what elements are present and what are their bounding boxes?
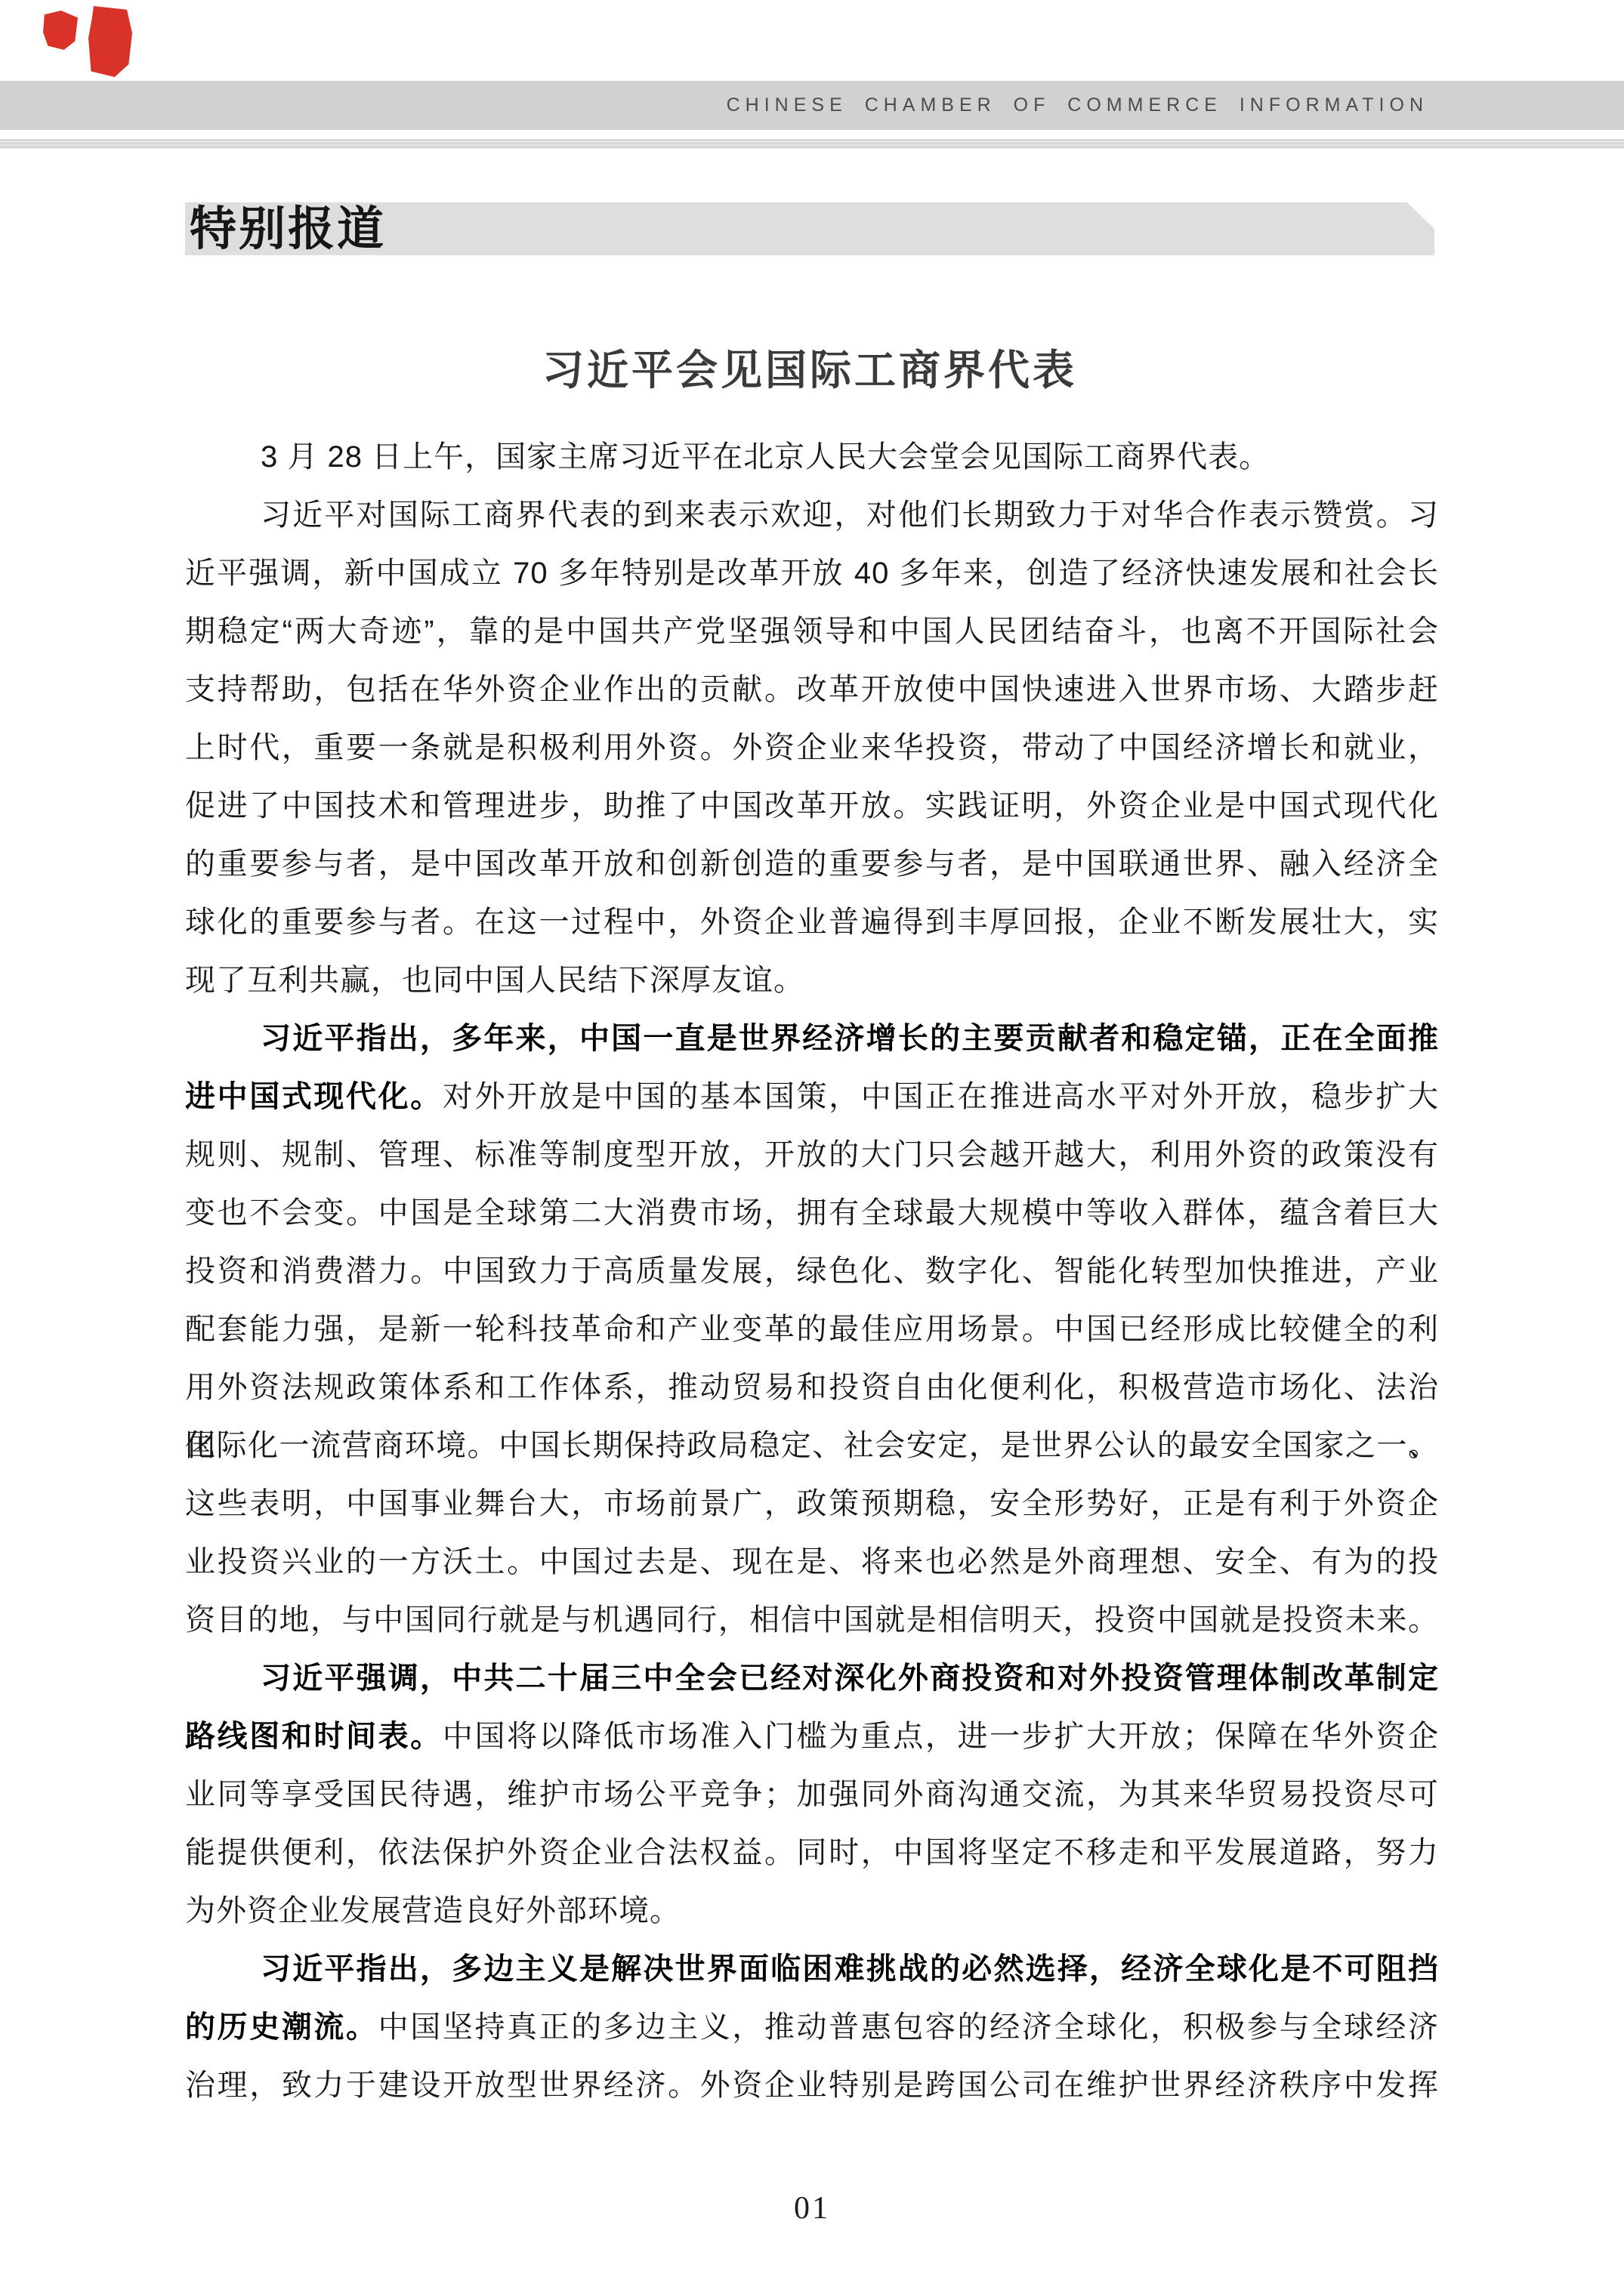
text-line: 球化的重要参与者。在这一过程中，外资企业普遍得到丰厚回报，企业不断发展壮大，实 (185, 893, 1439, 952)
text-segment: 促进了中国技术和管理进步，助推了中国改革开放。实践证明，外资企业是中国式现代化 (185, 789, 1439, 822)
header-band: CHINESE CHAMBER OF COMMERCE INFORMATION (0, 81, 1624, 130)
text-line: 配套能力强，是新一轮科技革命和产业变革的最佳应用场景。中国已经形成比较健全的利 (185, 1301, 1439, 1359)
bold-text-segment: 习近平指出，多年来，中国一直是世界经济增长的主要贡献者和稳定锚，正在全面推 (261, 1022, 1439, 1055)
text-line: 用外资法规政策体系和工作体系，推动贸易和投资自由化便利化，积极营造市场化、法治化… (185, 1359, 1439, 1417)
text-line: 能提供便利，依法保护外资企业合法权益。同时，中国将坚定不移走和平发展道路，努力 (185, 1824, 1439, 1882)
text-segment: 配套能力强，是新一轮科技革命和产业变革的最佳应用场景。中国已经形成比较健全的利 (185, 1313, 1439, 1346)
text-line: 习近平指出，多边主义是解决世界面临困难挑战的必然选择，经济全球化是不可阻挡 (185, 1940, 1439, 1998)
bold-text-segment: 进中国式现代化。 (185, 1080, 443, 1113)
text-segment: 近平强调，新中国成立 70 多年特别是改革开放 40 多年来，创造了经济快速发展… (185, 557, 1439, 590)
text-segment: 3 月 28 日上午，国家主席习近平在北京人民大会堂会见国际工商界代表。 (261, 440, 1270, 474)
page-number: 01 (0, 2190, 1624, 2227)
text-segment: 球化的重要参与者。在这一过程中，外资企业普遍得到丰厚回报，企业不断发展壮大，实 (185, 906, 1439, 939)
section-banner: 特别报道 (185, 202, 1434, 255)
text-line: 这些表明，中国事业舞台大，市场前景广，政策预期稳，安全形势好，正是有利于外资企 (185, 1475, 1439, 1533)
text-segment: 的重要参与者，是中国改革开放和创新创造的重要参与者，是中国联通世界、融入经济全 (185, 847, 1439, 881)
text-line: 近平强调，新中国成立 70 多年特别是改革开放 40 多年来，创造了经济快速发展… (185, 545, 1439, 603)
text-segment: 中国坚持真正的多边主义，推动普惠包容的经济全球化，积极参与全球经济 (378, 2011, 1439, 2044)
text-segment: 期稳定“两大奇迹”，靠的是中国共产党坚强领导和中国人民团结奋斗，也离不开国际社会 (185, 615, 1439, 648)
text-line: 的历史潮流。中国坚持真正的多边主义，推动普惠包容的经济全球化，积极参与全球经济 (185, 1998, 1439, 2057)
bold-text-segment: 习近平强调，中共二十届三中全会已经对深化外商投资和对外投资管理体制改革制定 (261, 1662, 1439, 1695)
text-line: 治理，致力于建设开放型世界经济。外资企业特别是跨国公司在维护世界经济秩序中发挥 (185, 2057, 1439, 2115)
text-segment: 能提供便利，依法保护外资企业合法权益。同时，中国将坚定不移走和平发展道路，努力 (185, 1836, 1439, 1869)
text-line: 习近平对国际工商界代表的到来表示欢迎，对他们长期致力于对华合作表示赞赏。习 (185, 486, 1439, 545)
text-line: 现了互利共赢，也同中国人民结下深厚友谊。 (185, 952, 1439, 1010)
text-segment: 业投资兴业的一方沃土。中国过去是、现在是、将来也必然是外商理想、安全、有为的投 (185, 1545, 1439, 1579)
text-segment: 上时代，重要一条就是积极利用外资。外资企业来华投资，带动了中国经济增长和就业， (185, 731, 1439, 764)
red-stamp-mark-1 (43, 11, 78, 50)
text-line: 的重要参与者，是中国改革开放和创新创造的重要参与者，是中国联通世界、融入经济全 (185, 835, 1439, 893)
text-line: 业同等享受国民待遇，维护市场公平竞争；加强同外商沟通交流，为其来华贸易投资尽可 (185, 1766, 1439, 1824)
text-segment: 投资和消费潜力。中国致力于高质量发展，绿色化、数字化、智能化转型加快推进，产业 (185, 1255, 1439, 1288)
text-line: 3 月 28 日上午，国家主席习近平在北京人民大会堂会见国际工商界代表。 (185, 428, 1439, 486)
text-line: 国际化一流营商环境。中国长期保持政局稳定、社会安定，是世界公认的最安全国家之一。 (185, 1417, 1439, 1475)
article-body: 3 月 28 日上午，国家主席习近平在北京人民大会堂会见国际工商界代表。习近平对… (185, 428, 1439, 2115)
text-segment: 对外开放是中国的基本国策，中国正在推进高水平对外开放，稳步扩大 (443, 1080, 1439, 1113)
text-segment: 规则、规制、管理、标准等制度型开放，开放的大门只会越开越大，利用外资的政策没有 (185, 1138, 1439, 1171)
text-line: 变也不会变。中国是全球第二大消费市场，拥有全球最大规模中等收入群体，蕴含着巨大 (185, 1184, 1439, 1242)
section-banner-label: 特别报道 (190, 202, 386, 255)
bold-text-segment: 路线图和时间表。 (185, 1720, 443, 1753)
text-segment: 中国将以降低市场准入门槛为重点，进一步扩大开放；保障在华外资企 (443, 1720, 1439, 1753)
header-band-text: CHINESE CHAMBER OF COMMERCE INFORMATION (727, 81, 1428, 130)
text-line: 投资和消费潜力。中国致力于高质量发展，绿色化、数字化、智能化转型加快推进，产业 (185, 1242, 1439, 1301)
text-line: 期稳定“两大奇迹”，靠的是中国共产党坚强领导和中国人民团结奋斗，也离不开国际社会 (185, 603, 1439, 661)
text-line: 习近平强调，中共二十届三中全会已经对深化外商投资和对外投资管理体制改革制定 (185, 1650, 1439, 1708)
text-line: 路线图和时间表。中国将以降低市场准入门槛为重点，进一步扩大开放；保障在华外资企 (185, 1708, 1439, 1766)
text-segment: 支持帮助，包括在华外资企业作出的贡献。改革开放使中国快速进入世界市场、大踏步赶 (185, 673, 1439, 706)
bold-text-segment: 的历史潮流。 (185, 2011, 378, 2044)
text-segment: 现了互利共赢，也同中国人民结下深厚友谊。 (185, 964, 804, 997)
bold-text-segment: 习近平指出，多边主义是解决世界面临困难挑战的必然选择，经济全球化是不可阻挡 (261, 1952, 1439, 1986)
text-segment: 变也不会变。中国是全球第二大消费市场，拥有全球最大规模中等收入群体，蕴含着巨大 (185, 1196, 1439, 1230)
text-line: 资目的地，与中国同行就是与机遇同行，相信中国就是相信明天，投资中国就是投资未来。 (185, 1591, 1439, 1650)
page: CHINESE CHAMBER OF COMMERCE INFORMATION … (0, 0, 1624, 2293)
text-segment: 这些表明，中国事业舞台大，市场前景广，政策预期稳，安全形势好，正是有利于外资企 (185, 1487, 1439, 1520)
text-segment: 治理，致力于建设开放型世界经济。外资企业特别是跨国公司在维护世界经济秩序中发挥 (185, 2069, 1439, 2102)
text-line: 促进了中国技术和管理进步，助推了中国改革开放。实践证明，外资企业是中国式现代化 (185, 777, 1439, 835)
text-line: 规则、规制、管理、标准等制度型开放，开放的大门只会越开越大，利用外资的政策没有 (185, 1126, 1439, 1184)
text-line: 上时代，重要一条就是积极利用外资。外资企业来华投资，带动了中国经济增长和就业， (185, 719, 1439, 777)
text-segment: 资目的地，与中国同行就是与机遇同行，相信中国就是相信明天，投资中国就是投资未来。 (185, 1603, 1439, 1637)
red-stamp-mark-2 (88, 6, 132, 77)
text-line: 进中国式现代化。对外开放是中国的基本国策，中国正在推进高水平对外开放，稳步扩大 (185, 1068, 1439, 1126)
text-segment: 为外资企业发展营造良好外部环境。 (185, 1894, 681, 1927)
text-line: 业投资兴业的一方沃土。中国过去是、现在是、将来也必然是外商理想、安全、有为的投 (185, 1533, 1439, 1591)
text-line: 习近平指出，多年来，中国一直是世界经济增长的主要贡献者和稳定锚，正在全面推 (185, 1010, 1439, 1068)
text-line: 为外资企业发展营造良好外部环境。 (185, 1882, 1439, 1940)
header-divider-stripes (0, 139, 1624, 149)
text-segment: 业同等享受国民待遇，维护市场公平竞争；加强同外商沟通交流，为其来华贸易投资尽可 (185, 1778, 1439, 1811)
text-segment: 国际化一流营商环境。中国长期保持政局稳定、社会安定，是世界公认的最安全国家之一。 (185, 1429, 1439, 1462)
text-line: 支持帮助，包括在华外资企业作出的贡献。改革开放使中国快速进入世界市场、大踏步赶 (185, 661, 1439, 719)
text-segment: 习近平对国际工商界代表的到来表示欢迎，对他们长期致力于对华合作表示赞赏。习 (261, 498, 1439, 532)
article-title: 习近平会见国际工商界代表 (185, 337, 1434, 397)
